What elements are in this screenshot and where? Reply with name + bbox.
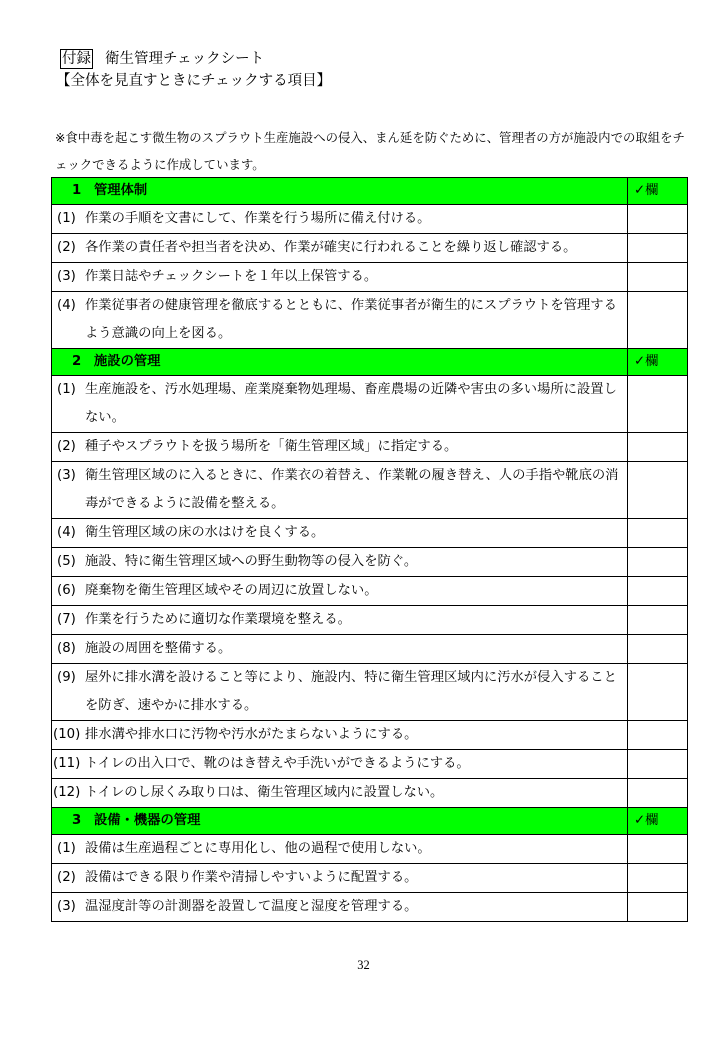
sheet-title: 衛生管理チェックシート: [105, 51, 264, 67]
item-text: 廃棄物を衛生管理区域やその周辺に放置しない。: [85, 577, 621, 605]
item-number: (2): [57, 864, 85, 892]
item-number: (1): [57, 376, 85, 432]
section-title: 2施設の管理: [52, 349, 628, 376]
item-number: (11): [53, 750, 85, 778]
item-number: (5): [57, 548, 85, 576]
item-number: (4): [57, 519, 85, 547]
item-text: 生産施設を、汚水処理場、産業廃棄物処理場、畜産農場の近隣や害虫の多い場所に設置し…: [85, 376, 621, 432]
appendix-label: 付録: [60, 49, 93, 69]
item-number: (10): [53, 721, 85, 749]
item-text: 種子やスプラウトを扱う場所を「衛生管理区域」に指定する。: [85, 433, 621, 461]
checklist-row: (12)トイレのし尿くみ取り口は、衛生管理区域内に設置しない。: [52, 779, 688, 808]
item-number: (3): [57, 893, 85, 921]
check-cell[interactable]: [628, 376, 688, 433]
item-text: 作業の手順を文書にして、作業を行う場所に備え付ける。: [85, 205, 621, 233]
item-number: (2): [57, 433, 85, 461]
item-number: (2): [57, 234, 85, 262]
page-number: 32: [0, 958, 727, 973]
check-cell[interactable]: [628, 292, 688, 349]
item-text: 温湿度計等の計測器を設置して温度と湿度を管理する。: [85, 893, 621, 921]
check-cell[interactable]: [628, 721, 688, 750]
check-column-header: ✓欄: [628, 349, 688, 376]
checklist-row: (7)作業を行うために適切な作業環境を整える。: [52, 606, 688, 635]
item-text: 施設、特に衛生管理区域への野生動物等の侵入を防ぐ。: [85, 548, 621, 576]
item-number: (3): [57, 462, 85, 518]
check-column-header: ✓欄: [628, 178, 688, 205]
check-cell[interactable]: [628, 433, 688, 462]
checklist-row: (2)設備はできる限り作業や清掃しやすいように配置する。: [52, 864, 688, 893]
section-header: 1管理体制 ✓欄: [52, 178, 688, 205]
check-cell[interactable]: [628, 835, 688, 864]
intro-note: ※食中毒を起こす微生物のスプラウト生産施設への侵入、まん延を防ぐために、管理者の…: [55, 124, 695, 178]
item-text: 屋外に排水溝を設けること等により、施設内、特に衛生管理区域内に汚水が侵入すること…: [85, 664, 621, 720]
item-text: 設備は生産過程ごとに専用化し、他の過程で使用しない。: [85, 835, 621, 863]
item-number: (4): [57, 292, 85, 348]
item-text: トイレの出入口で、靴のはき替えや手洗いができるようにする。: [85, 750, 621, 778]
section-header: 3設備・機器の管理 ✓欄: [52, 808, 688, 835]
checklist-row: (6)廃棄物を衛生管理区域やその周辺に放置しない。: [52, 577, 688, 606]
item-number: (6): [57, 577, 85, 605]
item-number: (1): [57, 205, 85, 233]
checklist-row: (10)排水溝や排水口に汚物や汚水がたまらないようにする。: [52, 721, 688, 750]
section-header: 2施設の管理 ✓欄: [52, 349, 688, 376]
item-text: 施設の周囲を整備する。: [85, 635, 621, 663]
item-text: トイレのし尿くみ取り口は、衛生管理区域内に設置しない。: [85, 779, 621, 807]
check-cell[interactable]: [628, 548, 688, 577]
checklist-row: (8)施設の周囲を整備する。: [52, 635, 688, 664]
checklist-row: (4)作業従事者の健康管理を徹底するとともに、作業従事者が衛生的にスプラウトを管…: [52, 292, 688, 349]
item-number: (3): [57, 263, 85, 291]
check-cell[interactable]: [628, 263, 688, 292]
checklist-row: (3)温湿度計等の計測器を設置して温度と湿度を管理する。: [52, 893, 688, 922]
item-text: 作業日誌やチェックシートを１年以上保管する。: [85, 263, 621, 291]
check-cell[interactable]: [628, 864, 688, 893]
checklist-row: (5)施設、特に衛生管理区域への野生動物等の侵入を防ぐ。: [52, 548, 688, 577]
check-cell[interactable]: [628, 893, 688, 922]
item-number: (8): [57, 635, 85, 663]
check-cell[interactable]: [628, 234, 688, 263]
checklist-row: (1)作業の手順を文書にして、作業を行う場所に備え付ける。: [52, 205, 688, 234]
section-title: 1管理体制: [52, 178, 628, 205]
item-number: (9): [57, 664, 85, 720]
item-number: (1): [57, 835, 85, 863]
checklist-row: (3)衛生管理区域のに入るときに、作業衣の着替え、作業靴の履き替え、人の手指や靴…: [52, 462, 688, 519]
item-text: 作業を行うために適切な作業環境を整える。: [85, 606, 621, 634]
checklist-row: (1)設備は生産過程ごとに専用化し、他の過程で使用しない。: [52, 835, 688, 864]
check-cell[interactable]: [628, 750, 688, 779]
sheet-subtitle: 【全体を見直すときにチェックする項目】: [56, 71, 331, 91]
checklist-row: (9)屋外に排水溝を設けること等により、施設内、特に衛生管理区域内に汚水が侵入す…: [52, 664, 688, 721]
checklist-row: (11)トイレの出入口で、靴のはき替えや手洗いができるようにする。: [52, 750, 688, 779]
checklist-row: (3)作業日誌やチェックシートを１年以上保管する。: [52, 263, 688, 292]
check-cell[interactable]: [628, 779, 688, 808]
checklist-row: (1)生産施設を、汚水処理場、産業廃棄物処理場、畜産農場の近隣や害虫の多い場所に…: [52, 376, 688, 433]
check-column-header: ✓欄: [628, 808, 688, 835]
document-title: 付録衛生管理チェックシート: [60, 49, 264, 69]
item-text: 各作業の責任者や担当者を決め、作業が確実に行われることを繰り返し確認する。: [85, 234, 621, 262]
check-cell[interactable]: [628, 205, 688, 234]
check-cell[interactable]: [628, 577, 688, 606]
checklist-row: (2)各作業の責任者や担当者を決め、作業が確実に行われることを繰り返し確認する。: [52, 234, 688, 263]
section-title: 3設備・機器の管理: [52, 808, 628, 835]
checklist-table: 1管理体制 ✓欄 (1)作業の手順を文書にして、作業を行う場所に備え付ける。 (…: [51, 177, 688, 922]
item-text: 衛生管理区域の床の水はけを良くする。: [85, 519, 621, 547]
item-text: 設備はできる限り作業や清掃しやすいように配置する。: [85, 864, 621, 892]
item-text: 作業従事者の健康管理を徹底するとともに、作業従事者が衛生的にスプラウトを管理する…: [85, 292, 621, 348]
check-cell[interactable]: [628, 664, 688, 721]
check-cell[interactable]: [628, 519, 688, 548]
check-cell[interactable]: [628, 462, 688, 519]
item-text: 排水溝や排水口に汚物や汚水がたまらないようにする。: [85, 721, 621, 749]
item-number: (12): [53, 779, 85, 807]
item-text: 衛生管理区域のに入るときに、作業衣の着替え、作業靴の履き替え、人の手指や靴底の消…: [85, 462, 621, 518]
item-number: (7): [57, 606, 85, 634]
checklist-row: (2)種子やスプラウトを扱う場所を「衛生管理区域」に指定する。: [52, 433, 688, 462]
checklist-row: (4)衛生管理区域の床の水はけを良くする。: [52, 519, 688, 548]
check-cell[interactable]: [628, 606, 688, 635]
check-cell[interactable]: [628, 635, 688, 664]
